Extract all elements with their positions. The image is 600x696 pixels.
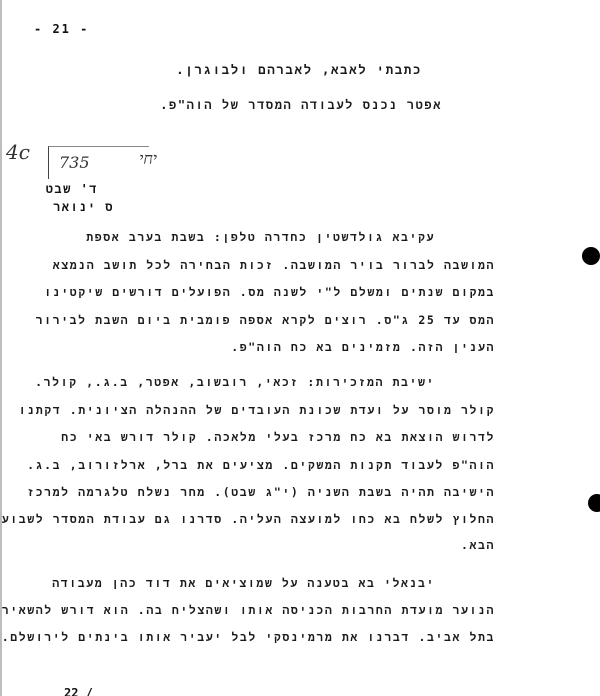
- paragraph-1-line-3: במקום שנתים ומשלם ל"י לשנה מס. הפועלים ד…: [44, 285, 495, 300]
- handwritten-annotation-box: 735 יחי: [48, 146, 149, 179]
- paragraph-2-line-1: ישיבת המזכירות: זכאי, רובשוב, אפטר, ב.ג.…: [35, 375, 435, 390]
- paragraph-1-line-1: עקיבא גולדשטין כחדרה טלפן: בשבת בערב אספ…: [86, 230, 435, 245]
- paragraph-3-line-1: יבנאלי בא בטענה על שמוציאים את דוד כהן מ…: [52, 576, 435, 591]
- punch-hole-bottom: [588, 494, 600, 512]
- paragraph-2-line-2: קולר מוסר על ועדת שכונת העובדים של ההנהל…: [19, 403, 495, 418]
- subject-line: אפטר נכנס לעבודה המסדר של הוה"פ.: [160, 98, 442, 113]
- date-month: ס ינואר: [53, 200, 114, 215]
- paragraph-1-line-4: המס עד 25 ג"ס. רוצים לקרא אספה פומבית בי…: [36, 313, 495, 328]
- next-page-mark: 22 /: [64, 686, 93, 696]
- paragraph-3-line-3: בתל אביב. דברנו את מרמינסקי לבל יעביר או…: [2, 630, 495, 645]
- recipients-line: כתבתי לאבא, לאברהם ולבוגרן.: [176, 62, 422, 78]
- paragraph-2-line-7: הבא.: [461, 538, 495, 553]
- handwritten-boxed-hebrew: יחי: [139, 149, 157, 169]
- date-day: ד' שבט: [46, 182, 98, 197]
- paragraph-3-line-2: הנוער מועדת החרבות הכניסה אותו ושהצליח ב…: [0, 603, 495, 618]
- paragraph-1-line-5: הענין הזה. מזמינים בא כח הוה"פ.: [231, 340, 495, 355]
- paragraph-2-line-3: לדרוש הוצאת בא כח מרכז בעלי מלאכה. קולר …: [61, 430, 495, 445]
- paragraph-1-line-2: המושבה לברור בויר המושבה. זכות הבחירה לכ…: [53, 258, 495, 273]
- page-edge: [0, 0, 2, 696]
- handwritten-boxed-number: 735: [59, 153, 90, 172]
- paragraph-2-line-6: החלוץ לשלח בא כחו למועצה העליה. סדרנו גם…: [2, 512, 495, 527]
- paragraph-2-line-5: הישיבה תהיה בשבת השניה (י"ג שבט). מחר נש…: [27, 485, 495, 500]
- page-number: - 21 -: [34, 22, 89, 36]
- punch-hole-top: [582, 247, 600, 265]
- handwritten-number: 4c: [6, 140, 30, 164]
- paragraph-2-line-4: הוה"פ לעבוד תקנות המשקים. מציעים את ברל,…: [27, 458, 495, 473]
